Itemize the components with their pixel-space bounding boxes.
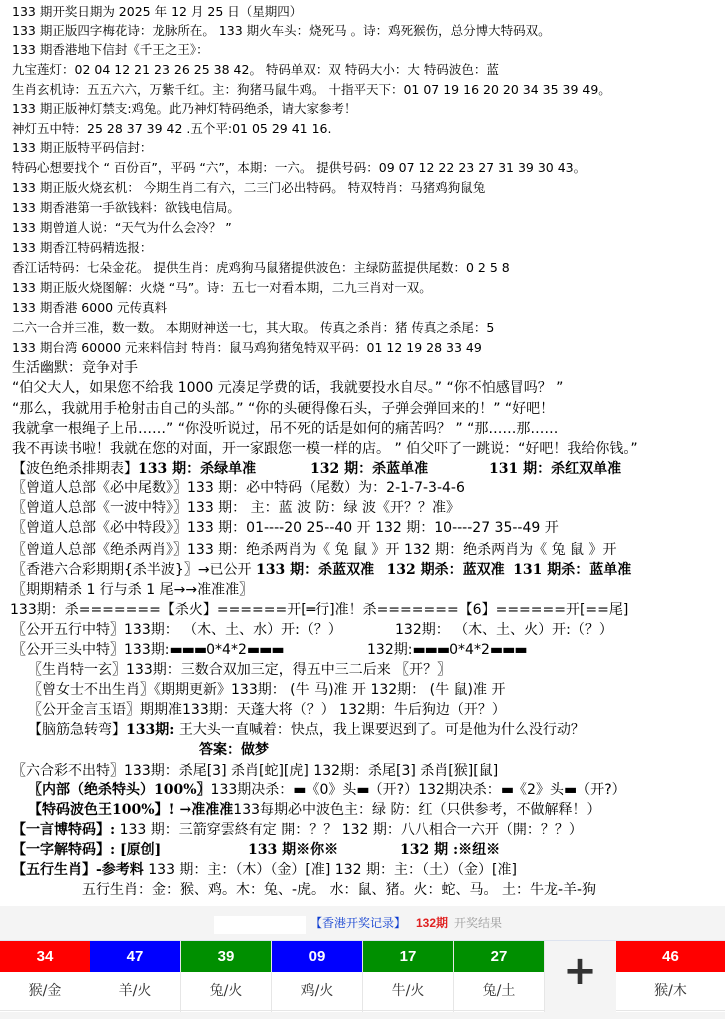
one-char-133: 133 期※你※ <box>248 840 338 860</box>
zeng-saying-line: 133 期曾道人说：“天气为什么会冷？ ” <box>12 218 232 238</box>
hk-envelope-title: 133 期香港地下信封《千王之王》： <box>12 40 209 60</box>
bar-decoration: ▬ <box>293 780 305 800</box>
ball-number: 17 <box>363 941 453 972</box>
humor-line: “伯父大人，如果您不给我 1000 元凑足学费的话，我就要投水自尽。” “你不怕… <box>12 378 563 398</box>
brain-teaser-period: 133期: <box>126 722 174 738</box>
ball-zodiac: 羊/火 <box>90 972 180 1011</box>
kill-line-text: 133期：杀=======【杀火】======开[═行]准！杀=======【6… <box>10 600 628 620</box>
wuxing-text: 133 期：主：（木）（金）[准] 132 期：主：（土）（金）[准] <box>144 862 517 878</box>
bar-decoration: ▬▬▬ <box>490 640 527 660</box>
wuxing-legend: 五行生肖：金：猴、鸡。木：兔、-虎。 水：鼠、猪。火：蛇、马。 土：牛龙-羊-狗 <box>82 880 596 900</box>
special-ball: 46 猴/木 <box>616 941 725 1012</box>
special-envelope-line: 特码心想要找个 “ 百份百”，平码 “六”，本期：一六。 提供号码：09 07 … <box>12 158 586 178</box>
humor-line: 我不再读书啦！我就在您的对面，开一家跟您一模一样的店。 ” 伯父吓了一跳说：“好… <box>12 439 638 459</box>
golden-words-line: 〖公开金言玉语〗期期准133期：天蓬大将（？） 132期：牛后狗边（开？） <box>28 700 506 720</box>
one-char-label: 【一字解特码】: [原创] <box>12 842 161 858</box>
bar-decoration: ▬▬▬ <box>247 640 284 660</box>
three-head-132-prefix: 132期: <box>367 642 412 658</box>
ball-number: 34 <box>0 941 90 972</box>
wave-king-text: 133每期必中波色主：绿 防：红（只供参考，不做解释！） <box>233 802 600 818</box>
ball-2: 47 羊/火 <box>90 941 181 1012</box>
wave-kill-label: 【波色绝杀排期表】 <box>12 461 138 477</box>
wuxing-label: 【五行生肖】-参考料 <box>12 862 144 878</box>
one-char-132: 132 期 :※纽※ <box>400 840 500 860</box>
fire-diagram-line: 133 期正版火烧图解：火烧 “马”。诗：五七一对看本期，二九三肖对一双。 <box>12 278 432 298</box>
kill-line-title: 〖期期精杀 1 行与杀 1 尾→→准准准〗 <box>12 580 253 600</box>
three-head-132: 132期:▬▬▬0*4*2▬▬▬ <box>367 640 527 660</box>
ball-number: 46 <box>616 941 725 972</box>
one-word-label: 【一言博特码】: <box>12 822 115 838</box>
draw-result-panel: 【香港开奖记录】 132期 开奖结果 34 猴/金 47 羊/火 39 兔/火 … <box>0 906 725 1019</box>
ball-zodiac: 兔/火 <box>181 972 271 1011</box>
wave-kill-131: 131 期：杀红双单准 <box>489 459 621 479</box>
wuxing-row: 【五行生肖】-参考料 133 期：主：（木）（金）[准] 132 期：主：（土）… <box>12 860 517 880</box>
three-head-133-code: 0*4*2 <box>206 642 247 658</box>
zeng-wave-line: 〖曾道人总部《一波中特》〗133 期： 主：蓝 波 防：绿 波《开？？准》 <box>12 498 460 518</box>
three-head-132-code: 0*4*2 <box>449 642 490 658</box>
five-element-132: 132期： （木、土、火）开:（？） <box>395 620 613 640</box>
five-element-row: 〖公开五行中特〗133期： （木、土、水）开:（？） 132期： （木、土、火）… <box>12 620 342 640</box>
one-char-row: 【一字解特码】: [原创] 133 期※你※ 132 期 :※纽※ <box>12 840 161 860</box>
bar-decoration: ▬▬▬ <box>169 640 206 660</box>
ball-number: 27 <box>454 941 544 972</box>
five-element-label: 〖公开五行中特〗 <box>12 622 124 638</box>
ball-4: 09 鸡/火 <box>272 941 363 1012</box>
wave-kill-133: 133 期：杀绿单准 <box>138 461 256 477</box>
wave-kill-132: 132 期：杀蓝单准 <box>310 459 428 479</box>
inside-suffix: （开?） <box>576 782 625 798</box>
three-head-label: 〖公开三头中特〗 <box>12 642 124 658</box>
lamp-ban-line: 133 期正版神灯禁支:鸡兔。此乃神灯特码绝杀，请大家参考！ <box>12 99 357 119</box>
brain-teaser-row: 【脑筋急转弯】133期: 王大头一直喊着：快点，我上课要迟到了。可是他为什么没行… <box>28 720 585 740</box>
zodiac-riddle-line: 〖生肖特一玄〗133期：三数合双加三定，得五中三二后来 〖开？〗 <box>28 660 451 680</box>
brain-teaser-question: 王大头一直喊着：快点，我上课要迟到了。可是他为什么没行动？ <box>174 722 584 738</box>
half-wave-label: 〖香港六合彩期期{杀半波}〗→已公开 <box>12 562 252 578</box>
result-period: 132期 <box>416 912 448 934</box>
inside-label: 〖内部（绝杀特头）100%〗 <box>28 782 211 798</box>
result-title-link[interactable]: 【香港开奖记录】 <box>310 912 406 934</box>
humor-line: “那么，我就用手枪射击自己的头部。” “你的头硬得像石头，子弹会弹回来的！” “… <box>12 399 554 419</box>
five-element-133: 133期： （木、土、水）开:（？） <box>124 622 342 638</box>
plus-icon: + <box>545 941 615 1012</box>
draw-date-line: 133 期开奖日期为 2025 年 12 月 25 日（星期四） <box>12 2 302 22</box>
bar-decoration: ▬ <box>356 780 368 800</box>
ball-zodiac: 猴/金 <box>0 972 90 1011</box>
fax-title: 133 期香港 6000 元传真料 <box>12 298 167 318</box>
blank-box <box>214 916 306 934</box>
one-word-row: 【一言博特码】: 133 期：三箭穿雲終有定 開：？？ 132 期：八八相合一六… <box>12 820 583 840</box>
fire-mystery-line: 133 期正版火烧玄机： 今期生肖二有六，二三门必出特码。 特双特肖：马猪鸡狗鼠… <box>12 178 485 198</box>
inside-132-prefix: （开?）132期决杀： <box>369 782 501 798</box>
ball-number: 47 <box>90 941 180 972</box>
humor-line: 我就拿一根绳子上吊……” “你没听说过，吊不死的话是如何的痛苦吗？ ” “那……… <box>12 419 558 439</box>
zeng-tail-line: 〖曾道人总部《必中尾数》〗133 期：必中特码（尾数）为：2-1-7-3-4-6 <box>12 478 465 498</box>
ball-6: 27 兔/土 <box>454 941 545 1012</box>
first-hand-line: 133 期香港第一手欲钱料：欲钱电信局。 <box>12 198 240 218</box>
inside-133-prefix: 133期决杀： <box>211 782 294 798</box>
inside-133-mid: 《0》头 <box>306 782 357 798</box>
inside-132-mid: 《2》头 <box>513 782 564 798</box>
ball-zodiac: 兔/土 <box>454 972 544 1011</box>
bar-decoration: ▬ <box>564 780 576 800</box>
result-suffix: 开奖结果 <box>454 912 502 934</box>
lotus-lamp-line: 九宝莲灯：02 04 12 21 23 26 25 38 42。 特码单双：双 … <box>12 60 499 80</box>
wave-king-row: 【特码波色王100%】! →准准准133每期必中波色主：绿 防：红（只供参考，不… <box>28 800 600 820</box>
lamp-five-line: 神灯五中特：25 28 37 39 42 .五个平:01 05 29 41 16… <box>12 119 331 139</box>
xiangjiang-title: 133 期香江特码精选报： <box>12 238 152 258</box>
ball-number: 39 <box>181 941 271 972</box>
inside-row: 〖内部（绝杀特头）100%〗133期决杀：▬《0》头▬（开?）132期决杀：▬《… <box>28 780 626 800</box>
half-wave-row: 〖香港六合彩期期{杀半波}〗→已公开 133 期：杀蓝双准 132 期杀：蓝双准… <box>12 560 631 580</box>
wave-kill-row: 【波色绝杀排期表】133 期：杀绿单准 132 期：杀蓝单准 131 期：杀红双… <box>12 459 256 479</box>
bar-decoration: ▬ <box>501 780 513 800</box>
zeng-segment-line: 〖曾道人总部《必中特段》〗133 期：01----20 25--40 开 132… <box>12 518 559 538</box>
three-head-row: 〖公开三头中特〗133期:▬▬▬0*4*2▬▬▬ 132期:▬▬▬0*4*2▬▬… <box>12 640 284 660</box>
ball-3: 39 兔/火 <box>181 941 272 1012</box>
special-envelope-title: 133 期正版特平码信封： <box>12 138 152 158</box>
three-head-133-prefix: 133期: <box>124 642 169 658</box>
fax-line: 二六一合并三准，数一数。 本期财神送一七，其大取。 传真之杀肖：猪 传真之杀尾：… <box>12 318 494 338</box>
half-wave-131: 131 期杀：蓝单准 <box>513 562 631 578</box>
lady-zeng-line: 〖曾女士不出生肖〗《期期更新》133期： (牛 马)准 开 132期： (牛 鼠… <box>28 680 505 700</box>
zodiac-poem-line: 生肖玄机诗：五五六六，万紫千红。主：狗猪马鼠牛鸡。 十指平天下：01 07 19… <box>12 80 611 100</box>
one-word-text: 133 期：三箭穿雲終有定 開：？？ 132 期：八八相合一六开（開：？？） <box>115 822 583 838</box>
plum-poem-line: 133 期正版四字梅花诗：龙脉所在。 133 期火车头：烧死马 。诗：鸡死猴伤，… <box>12 21 551 41</box>
no-special-line: 〖六合彩不出特〗133期：杀尾[3] 杀肖[蛇][虎] 132期：杀尾[3] 杀… <box>12 761 498 781</box>
xiangjiang-line: 香江话特码：七朵金花。 提供生肖：虎鸡狗马鼠猪提供波色：主绿防蓝提供尾数：0 2… <box>12 258 510 278</box>
wave-king-label: 【特码波色王100%】! →准准准 <box>28 802 233 818</box>
result-header: 【香港开奖记录】 132期 开奖结果 <box>0 912 725 934</box>
ball-zodiac: 鸡/火 <box>272 972 362 1011</box>
brain-teaser-label: 【脑筋急转弯】 <box>28 722 126 738</box>
bar-decoration: ▬▬▬ <box>412 640 449 660</box>
zeng-kill-two-line: 〖曾道人总部《绝杀两肖》〗133 期：绝杀两肖为《 兔 鼠 》开 132 期：绝… <box>12 540 617 560</box>
humor-title: 生活幽默：竞争对手 <box>12 358 138 378</box>
ball-zodiac: 猴/木 <box>616 972 725 1011</box>
brain-teaser-answer: 答案：做梦 <box>199 740 269 760</box>
taiwan-envelope-line: 133 期台湾 60000 元来料信封 特肖：鼠马鸡狗猪兔特双平码：01 12 … <box>12 338 482 358</box>
ball-1: 34 猴/金 <box>0 941 91 1012</box>
ball-zodiac: 牛/火 <box>363 972 453 1011</box>
ball-number: 09 <box>272 941 362 972</box>
ball-5: 17 牛/火 <box>363 941 454 1012</box>
half-wave-132: 132 期杀：蓝双准 <box>387 562 505 578</box>
half-wave-133: 133 期：杀蓝双准 <box>256 562 374 578</box>
